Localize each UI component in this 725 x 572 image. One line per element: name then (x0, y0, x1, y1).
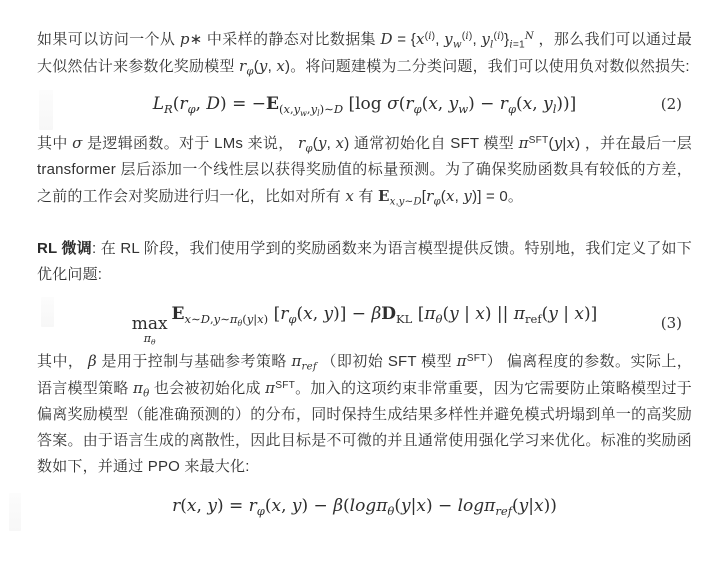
equation-rl-objective-formula: maxπθEx∼D,y∼πθ(y|x) [rφ(x, y)] − βDKL [π… (132, 304, 598, 324)
paragraph-beta-explanation: 其中， β 是用于控制与基础参考策略 πref （即初始 SFT 模型 πSFT… (37, 348, 692, 480)
equation-reward-loss-formula: LR(rφ, D) = −E(x,yw,yl)∼D [log σ(rφ(x, y… (153, 94, 577, 114)
faint-artifact-bar (41, 297, 54, 327)
paragraph-reward-model-intro: 如果可以访问一个从 p∗ 中采样的静态对比数据集 D = {x(i), yw(i… (37, 26, 692, 80)
equation-number-3: (3) (661, 312, 682, 334)
equation-ppo-reward-formula: r(x, y) = rφ(x, y) − β(logπθ(y|x) − logπ… (172, 496, 557, 516)
faint-artifact-bar (9, 493, 21, 531)
document-page: 如果可以访问一个从 p∗ 中采样的静态对比数据集 D = {x(i), yw(i… (0, 0, 725, 572)
paragraph-rl-finetune: RL 微调: 在 RL 阶段，我们使用学到的奖励函数来为语言模型提供反馈。特别地… (37, 236, 692, 288)
equation-reward-loss: LR(rφ, D) = −E(x,yw,yl)∼D [log σ(rφ(x, y… (37, 93, 692, 115)
paragraph-sigma-explanation: 其中 σ 是逻辑函数。对于 LMs 来说， rφ(y, x) 通常初始化自 SF… (37, 130, 692, 210)
equation-ppo-reward: r(x, y) = rφ(x, y) − β(logπθ(y|x) − logπ… (37, 495, 692, 517)
equation-rl-objective: maxπθEx∼D,y∼πθ(y|x) [rφ(x, y)] − βDKL [π… (37, 301, 692, 345)
equation-number-2: (2) (661, 93, 682, 115)
faint-artifact-bar (39, 90, 53, 130)
